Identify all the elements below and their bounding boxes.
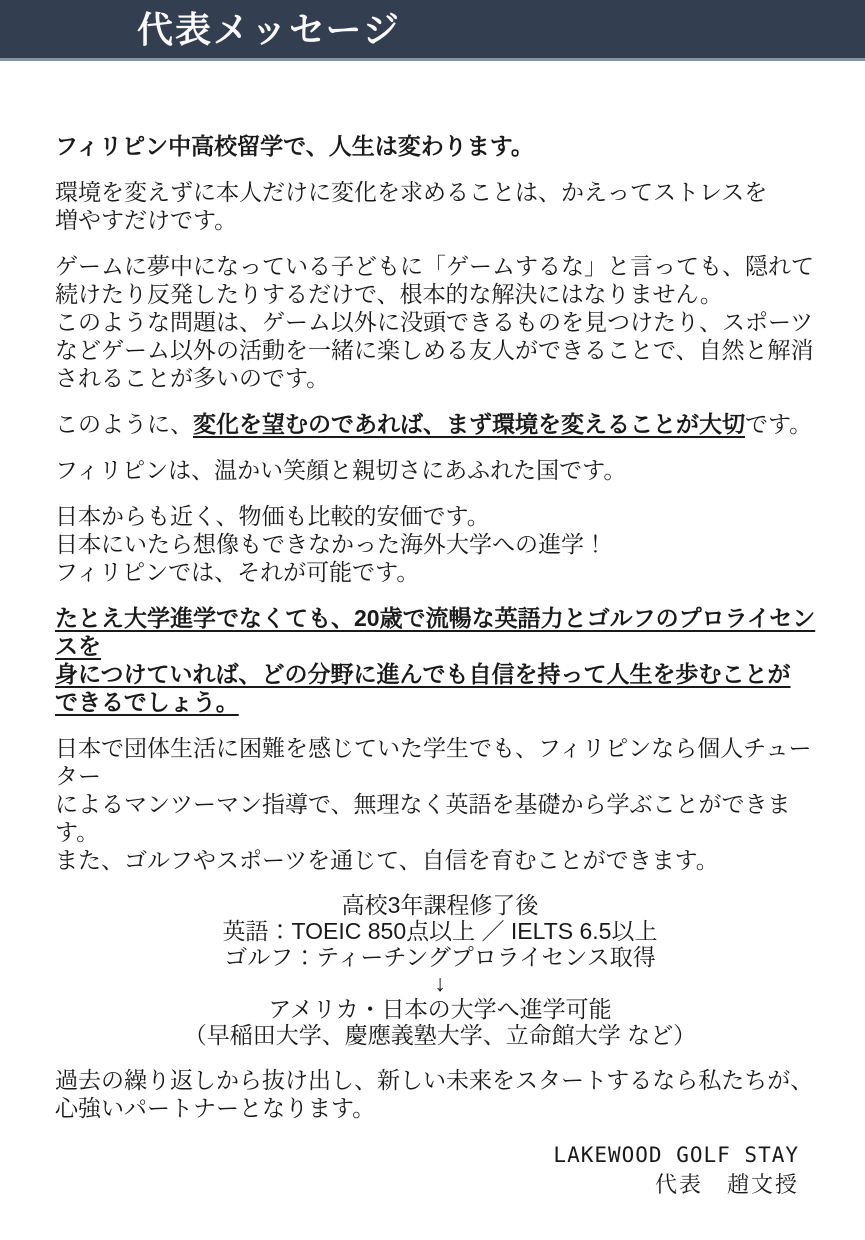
signature-block: LAKEWOOD GOLF STAY 代表 趙文授 — [55, 1140, 799, 1200]
paragraph-change-prefix: このように、 — [55, 411, 193, 437]
representative-name: 代表 趙文授 — [55, 1170, 799, 1200]
intro-heading: フィリピン中高校留学で、人生は変わります。 — [55, 132, 825, 160]
paragraph-environment: 環境を変えずに本人だけに変化を求めることは、かえってストレスを 増やすだけです。 — [55, 178, 825, 234]
message-body: フィリピン中高校留学で、人生は変わります。 環境を変えずに本人だけに変化を求める… — [0, 61, 865, 1240]
paragraph-tutor: 日本で団体生活に困難を感じていた学生でも、フィリピンなら個人チューター によるマ… — [55, 734, 825, 874]
paragraph-game: ゲームに夢中になっている子どもに「ゲームするな」と言っても、隠れて 続けたり反発… — [55, 252, 825, 392]
paragraph-license-emphasis: たとえ大学進学でなくても、20歳で流暢な英語力とゴルフのプロライセンスを 身につ… — [55, 604, 825, 716]
paragraph-philippines: フィリピンは、温かい笑顔と親切さにあふれた国です。 — [55, 456, 825, 484]
roadmap-line-university: アメリカ・日本の大学へ進学可能 — [55, 996, 825, 1022]
paragraph-change-suffix: です。 — [745, 411, 812, 437]
paragraph-closing: 過去の繰り返しから抜け出し、新しい未来をスタートするなら私たちが、 心強いパート… — [55, 1066, 825, 1122]
paragraph-change: このように、変化を望むのであれば、まず環境を変えることが大切です。 — [55, 410, 825, 438]
page-title: 代表メッセージ — [137, 10, 401, 48]
emphasis-change-environment: 変化を望むのであれば、まず環境を変えることが大切 — [193, 411, 745, 437]
roadmap-line-golf: ゴルフ：ティーチングプロライセンス取得 — [55, 944, 825, 970]
roadmap-line-graduation: 高校3年課程修了後 — [55, 892, 825, 918]
page-header: 代表メッセージ — [0, 0, 865, 61]
roadmap-line-university-examples: （早稲田大学、慶應義塾大学、立命館大学 など） — [55, 1022, 825, 1048]
roadmap-line-english: 英語：TOEIC 850点以上 ／ IELTS 6.5以上 — [55, 918, 825, 944]
paragraph-japan: 日本からも近く、物価も比較的安価です。 日本にいたら想像もできなかった海外大学へ… — [55, 502, 825, 586]
roadmap-block: 高校3年課程修了後 英語：TOEIC 850点以上 ／ IELTS 6.5以上 … — [55, 892, 825, 1048]
down-arrow-icon: ↓ — [55, 970, 825, 996]
company-name: LAKEWOOD GOLF STAY — [55, 1140, 799, 1170]
representative-message-page: 代表メッセージ フィリピン中高校留学で、人生は変わります。 環境を変えずに本人だ… — [0, 0, 865, 1240]
